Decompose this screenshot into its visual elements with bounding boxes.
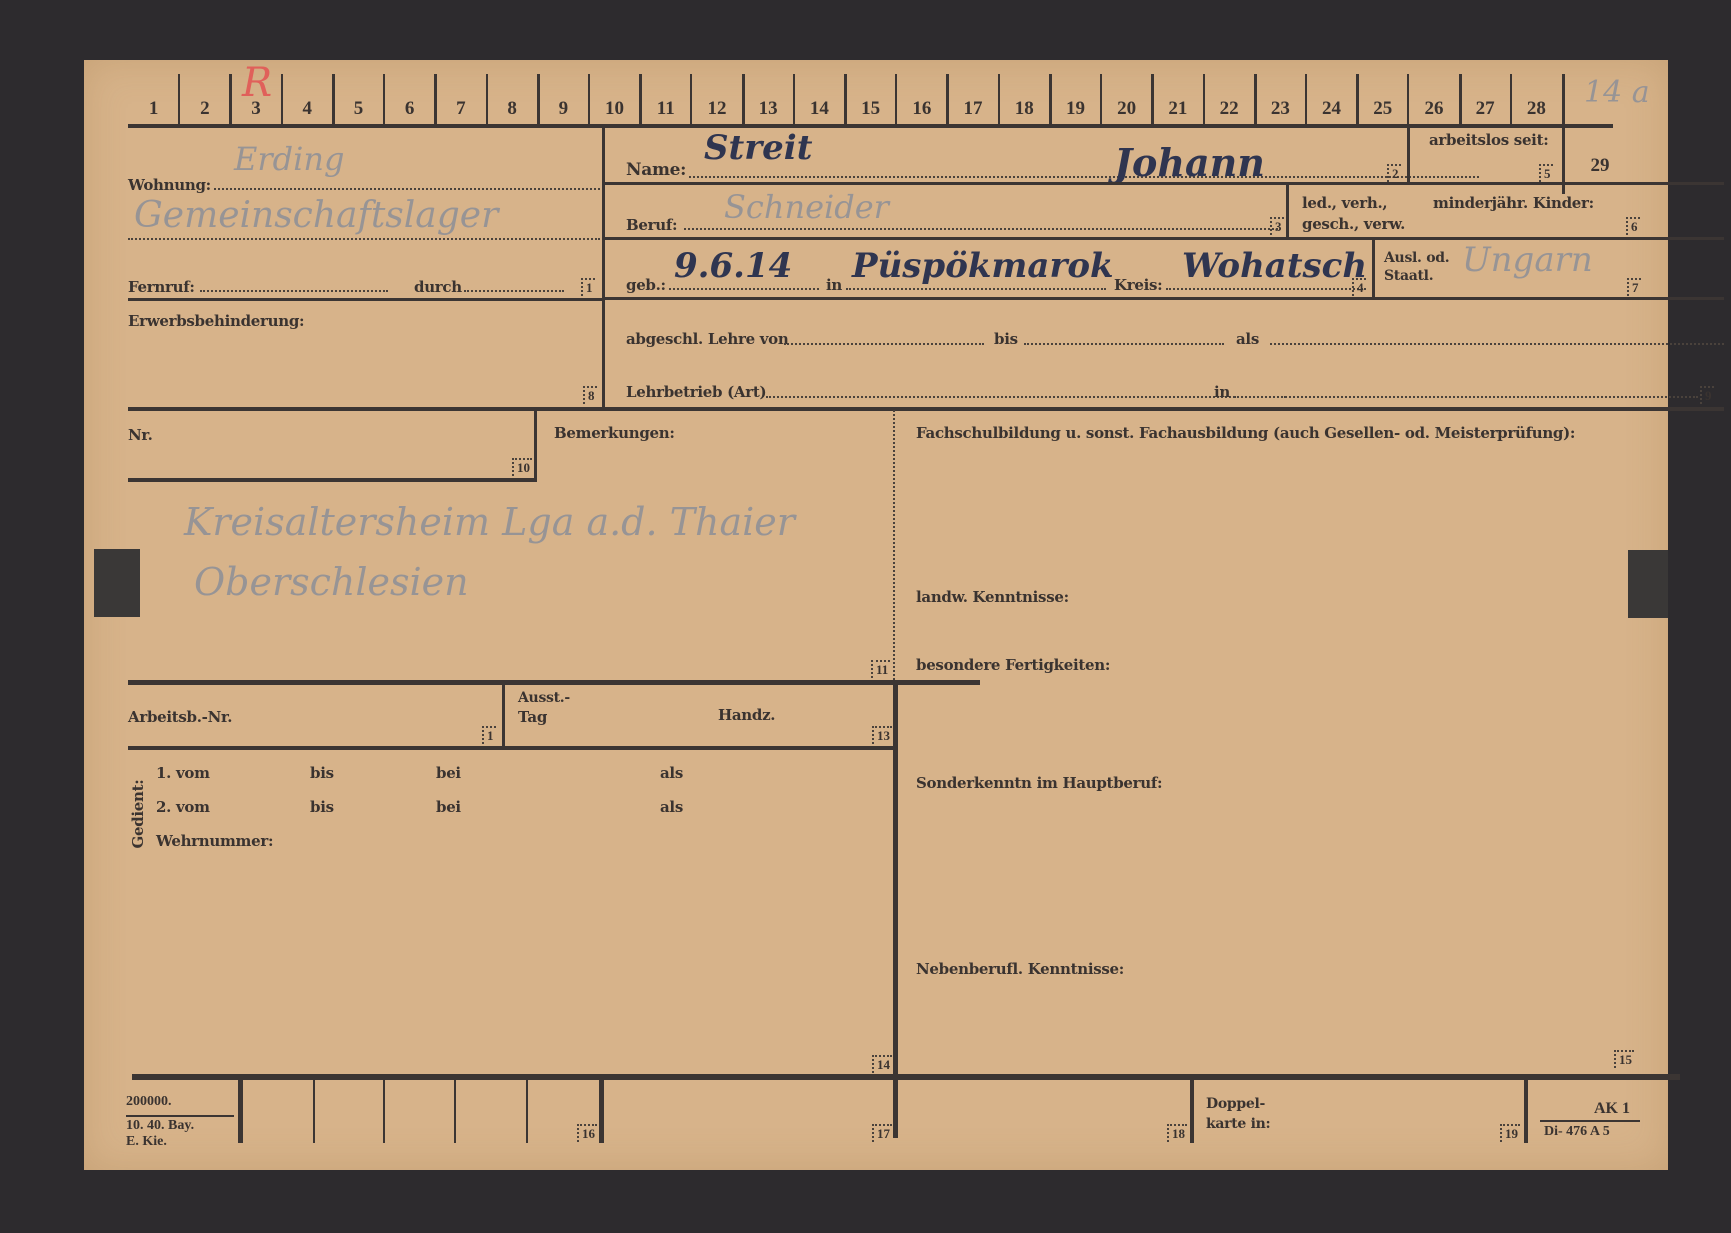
registration-card: 1234567891011121314151617181920212223242… [84, 60, 1668, 1170]
field-number-11: 11 [871, 660, 890, 678]
rule [128, 746, 898, 750]
column-divider [1459, 74, 1462, 126]
top-strip-rule [128, 124, 1613, 128]
kreis-label: Kreis: [1114, 276, 1162, 294]
gedient-row2-als: als [660, 798, 683, 816]
column-number: 12 [697, 98, 737, 120]
field-number-19: 19 [1500, 1124, 1520, 1142]
divider [313, 1077, 315, 1143]
gedient-row2-bis: bis [310, 798, 334, 816]
lehre-von-line [784, 343, 984, 345]
gedient-row1-vom: 1. vom [156, 764, 210, 782]
wohnung-label: Wohnung: [128, 176, 211, 194]
column-divider [383, 74, 385, 126]
kreis-line [1166, 288, 1366, 290]
column-divider [844, 74, 847, 126]
divider [238, 1077, 243, 1143]
column-divider [1356, 74, 1359, 126]
ausst-line-1: Ausst.- [518, 690, 570, 706]
column-divider [1203, 74, 1205, 126]
print-run: 200000. [126, 1094, 172, 1110]
rule [128, 298, 604, 301]
gedient-label: Gedient: [129, 774, 147, 854]
column-number: 22 [1209, 98, 1249, 120]
column-number: 5 [338, 98, 378, 120]
divider [599, 1077, 604, 1143]
divider [1407, 126, 1410, 184]
field-number-9: 9 [1700, 386, 1714, 404]
doppelkarte-line-2: karte in: [1206, 1116, 1270, 1132]
dotted-divider [893, 410, 895, 680]
fernruf-label: Fernruf: [128, 278, 195, 296]
rule [128, 478, 536, 482]
wehrnummer-label: Wehrnummer: [156, 832, 273, 850]
column-divider [1254, 74, 1257, 126]
field-number-13: 13 [872, 726, 892, 744]
familienstand-line-2: gesch., verw. [1302, 215, 1405, 233]
lehrbetrieb-label: Lehrbetrieb (Art) [626, 383, 766, 401]
column-divider [1151, 74, 1154, 126]
column-number: 26 [1414, 98, 1454, 120]
erwerbsbehinderung-label: Erwerbsbehinderung: [128, 312, 304, 330]
fernruf-line [200, 290, 388, 292]
in-label: in [826, 276, 842, 294]
geb-line [669, 288, 819, 290]
bemerkungen-label: Bemerkungen: [554, 424, 675, 442]
bemerkungen-line-2: Oberschlesien [194, 560, 469, 604]
bemerkungen-line-1: Kreisaltersheim Lga a.d. Thaier [184, 500, 795, 544]
form-code: AK 1 [1594, 1100, 1630, 1118]
gedient-row2-bei: bei [436, 798, 461, 816]
column-divider [1407, 74, 1409, 126]
column-number: 2 [185, 98, 225, 120]
divider [1286, 184, 1289, 238]
column-divider [434, 74, 437, 126]
column-number: 21 [1158, 98, 1198, 120]
column-divider [895, 74, 897, 126]
column-number: 18 [1004, 98, 1044, 120]
field-number-2: 2 [1387, 164, 1401, 182]
staat-value: Ungarn [1462, 240, 1593, 280]
rule [604, 297, 1724, 300]
surname-value: Streit [704, 128, 812, 168]
field-number-5: 5 [1539, 164, 1553, 182]
column-number: 24 [1312, 98, 1352, 120]
wohnung-value-2: Gemeinschaftslager [134, 195, 498, 236]
lehrbetrieb-in-line [1234, 396, 1698, 398]
lehre-label: abgeschl. Lehre von [626, 330, 788, 348]
nr-label: Nr. [128, 426, 153, 444]
rule [604, 182, 1724, 185]
column-divider [486, 74, 488, 126]
birthplace-line [846, 288, 1106, 290]
rule [128, 680, 980, 685]
field-number-15: 15 [1614, 1050, 1634, 1068]
wohnung-value-1: Erding [234, 140, 344, 178]
gedient-row1-bei: bei [436, 764, 461, 782]
lehrbetrieb-line [766, 396, 1286, 398]
field-number-8: 8 [583, 386, 597, 404]
field-number-3: 3 [1270, 217, 1284, 235]
gedient-row1-als: als [660, 764, 683, 782]
column-divider [1305, 74, 1307, 126]
column-number: 6 [390, 98, 430, 120]
birthplace-value: Püspökmarok [852, 246, 1114, 286]
divider [1524, 1077, 1528, 1143]
arbeitsb-label: Arbeitsb.-Nr. [128, 708, 232, 726]
column-number: 1 [134, 98, 174, 120]
staat-line-2: Staatl. [1384, 268, 1433, 284]
column-divider [742, 74, 745, 126]
divider [1372, 239, 1375, 299]
rule [1540, 1120, 1640, 1122]
bis-label: bis [994, 330, 1018, 348]
field-number-14: 14 [872, 1055, 892, 1073]
column-number: 14 [799, 98, 839, 120]
handz-label: Handz. [718, 706, 775, 724]
red-mark: R [242, 60, 272, 106]
column-divider [537, 74, 540, 126]
column-number: 9 [543, 98, 583, 120]
column-number: 7 [441, 98, 481, 120]
field-number-18: 18 [1167, 1124, 1187, 1142]
als-label: als [1236, 330, 1259, 348]
field-number-12: 1 [482, 726, 496, 744]
column-number: 20 [1107, 98, 1147, 120]
field-number-1: 1 [581, 278, 595, 296]
nebenberufl-label: Nebenberufl. Kenntnisse: [916, 960, 1124, 978]
field-number-16: 16 [577, 1124, 597, 1142]
ausst-line-2: Tag [518, 708, 547, 726]
divider [602, 126, 605, 409]
gedient-row1-bis: bis [310, 764, 334, 782]
column-divider [1100, 74, 1102, 126]
column-divider [690, 74, 692, 126]
beruf-label: Beruf: [626, 216, 677, 234]
column-divider [639, 74, 642, 126]
column-divider [946, 74, 949, 126]
kreis-value: Wohatsch [1182, 246, 1367, 286]
name-line [689, 176, 1479, 178]
wohnung-line [214, 188, 600, 190]
geb-label: geb.: [626, 276, 666, 294]
column-divider [998, 74, 1000, 126]
lehre-bis-line [1024, 343, 1224, 345]
gedient-row2-vom: 2. vom [156, 798, 210, 816]
column-number: 4 [287, 98, 327, 120]
column-number: 23 [1260, 98, 1300, 120]
column-divider [229, 74, 232, 126]
right-index-tab [1628, 550, 1668, 618]
bottom-rule [132, 1074, 1680, 1080]
field-number-7: 7 [1627, 278, 1641, 296]
name-label: Name: [626, 160, 686, 180]
handwritten-top-right: 14 a [1584, 75, 1650, 110]
divider [454, 1077, 456, 1143]
column-number: 10 [595, 98, 635, 120]
beruf-value: Schneider [724, 188, 889, 226]
arbeitslos-label: arbeitslos seit: [1429, 131, 1548, 149]
print-date: 10. 40. Bay. [126, 1118, 194, 1134]
column-number: 8 [492, 98, 532, 120]
column-divider [588, 74, 590, 126]
durch-label: durch [414, 278, 462, 296]
lehrbetrieb-in-label: in [1214, 383, 1230, 401]
divider [526, 1077, 528, 1143]
column-divider [793, 74, 795, 126]
beruf-line [684, 228, 1278, 230]
rule [126, 1115, 234, 1117]
column-number: 19 [1055, 98, 1095, 120]
column-divider [332, 74, 335, 126]
divider [383, 1077, 385, 1143]
firstname-value: Johann [1114, 140, 1265, 185]
divider [502, 684, 505, 746]
column-number: 28 [1516, 98, 1556, 120]
column-number: 11 [646, 98, 686, 120]
column-divider [281, 74, 283, 126]
wohnung-line-2 [128, 238, 600, 240]
field-number-6: 6 [1626, 217, 1640, 235]
lehre-als-line [1270, 343, 1724, 345]
field-number-4: 4 [1352, 278, 1366, 296]
rule [128, 407, 1724, 411]
printer: E. Kie. [126, 1134, 167, 1150]
column-number-29: 29 [1580, 155, 1620, 177]
landw-label: landw. Kenntnisse: [916, 588, 1069, 606]
divider [534, 410, 537, 482]
geb-value: 9.6.14 [674, 246, 792, 286]
staat-line-1: Ausl. od. [1384, 250, 1449, 266]
column-number: 17 [953, 98, 993, 120]
column-divider [1049, 74, 1052, 126]
column-number: 15 [851, 98, 891, 120]
field-number-10: 10 [512, 458, 532, 476]
column-number: 25 [1363, 98, 1403, 120]
kinder-label: minderjähr. Kinder: [1433, 194, 1594, 212]
left-index-tab [94, 549, 140, 617]
column-divider [1510, 74, 1512, 126]
column-divider [178, 74, 180, 126]
durch-line [464, 290, 564, 292]
divider [1190, 1077, 1194, 1143]
fertigkeiten-label: besondere Fertigkeiten: [916, 656, 1110, 674]
column-number: 16 [902, 98, 942, 120]
sonderkenntn-label: Sonderkenntn im Hauptberuf: [916, 774, 1162, 792]
column-number: 13 [748, 98, 788, 120]
divider [1562, 74, 1565, 194]
column-number: 27 [1465, 98, 1505, 120]
field-number-17: 17 [872, 1124, 892, 1142]
fachschul-label: Fachschulbildung u. sonst. Fachausbildun… [916, 424, 1575, 442]
form-sub: Di- 476 A 5 [1544, 1124, 1610, 1140]
doppelkarte-line-1: Doppel- [1206, 1096, 1265, 1112]
familienstand-line-1: led., verh., [1302, 194, 1387, 212]
